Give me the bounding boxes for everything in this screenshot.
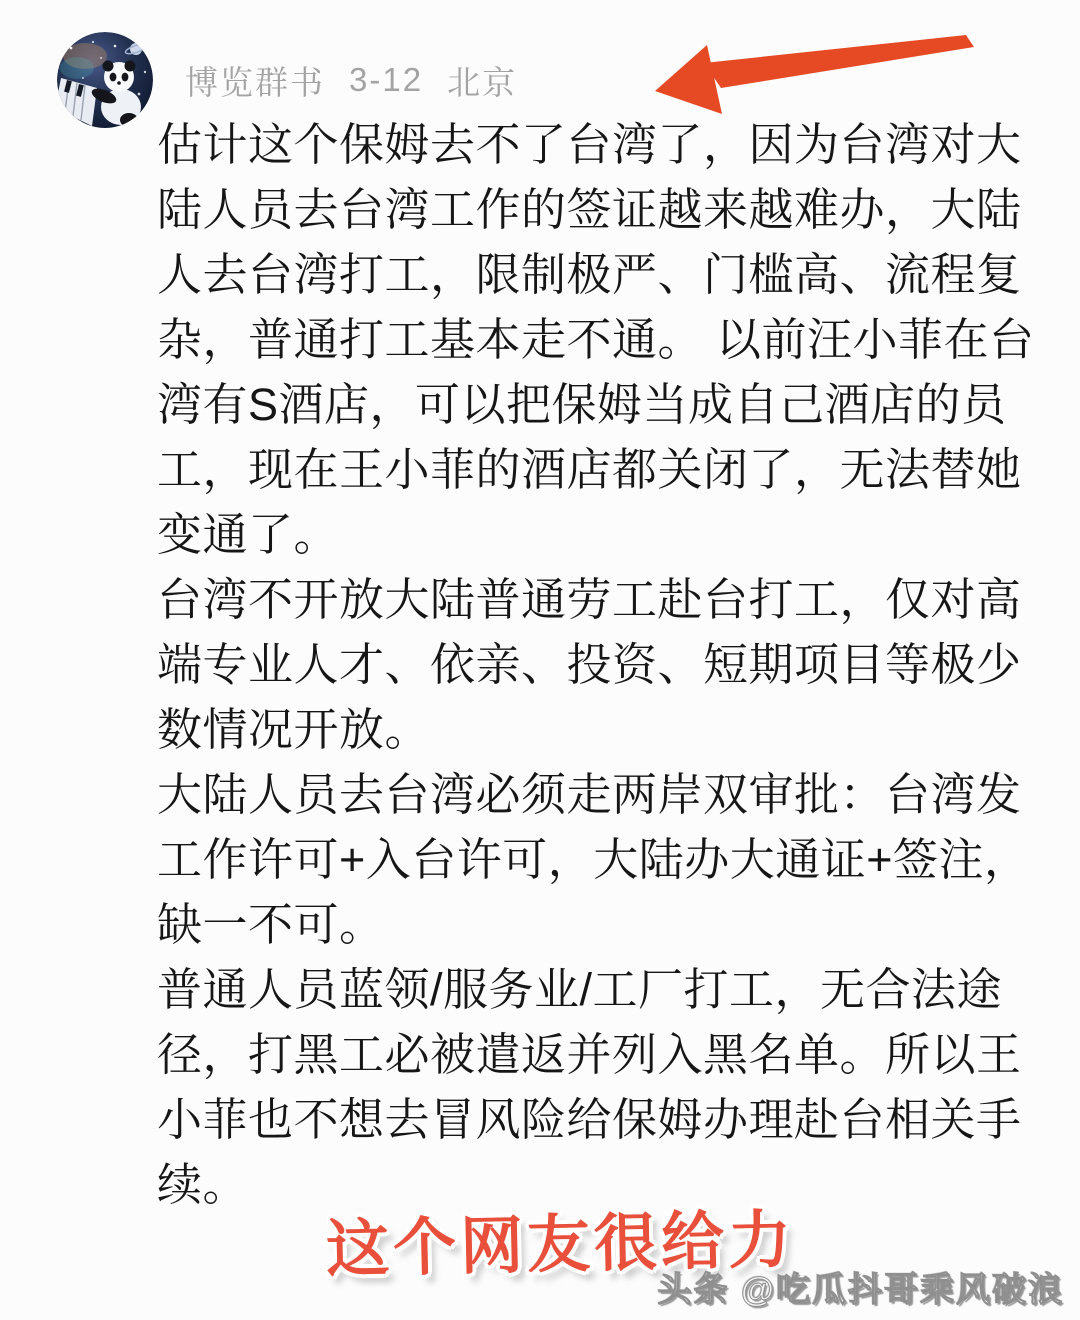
- post-text-line: 湾有S酒店，可以把保姆当成自己酒店的员: [157, 372, 1037, 437]
- post-text-line: 台湾不开放大陆普通劳工赴台打工，仅对高: [157, 567, 1037, 632]
- post-text-line: 大陆人员去台湾必须走两岸双审批：台湾发: [157, 762, 1037, 827]
- red-arrow-icon: [648, 18, 988, 118]
- post-text-line: 径，打黑工必被遣返并列入黑名单。所以王: [157, 1022, 1037, 1087]
- post-text-line: 小菲也不想去冒风险给保姆办理赴台相关手: [157, 1087, 1037, 1152]
- post-content: 估计这个保姆去不了台湾了，因为台湾对大陆人员去台湾工作的签证越来越难办，大陆人去…: [157, 112, 1037, 1217]
- post-paragraph: 台湾不开放大陆普通劳工赴台打工，仅对高端专业人才、依亲、投资、短期项目等极少数情…: [157, 567, 1037, 762]
- post-text-line: 普通人员蓝领/服务业/工厂打工，无合法途: [157, 957, 1037, 1022]
- post-text-line: 工作许可+入台许可，大陆办大通证+签注，: [157, 827, 1037, 892]
- post-text-line: 数情况开放。: [157, 697, 1037, 762]
- post-paragraph: 估计这个保姆去不了台湾了，因为台湾对大陆人员去台湾工作的签证越来越难办，大陆人去…: [157, 112, 1037, 567]
- post-date: 3-12: [349, 61, 423, 99]
- post-text-line: 人去台湾打工，限制极严、门槛高、流程复: [157, 242, 1037, 307]
- post-text-line: 估计这个保姆去不了台湾了，因为台湾对大: [157, 112, 1037, 177]
- username[interactable]: 博览群书: [185, 57, 325, 104]
- post-text-line: 变通了。: [157, 502, 1037, 567]
- post-text-line: 端专业人才、依亲、投资、短期项目等极少: [157, 632, 1037, 697]
- comment-screenshot: 博览群书 3-12 北京 估计这个保姆去不了台湾了，因为台湾对大陆人员去台湾工作…: [0, 0, 1080, 1320]
- post-meta: 博览群书 3-12 北京: [185, 57, 517, 104]
- panda-piano-galaxy-icon: [57, 32, 153, 128]
- post-paragraph: 大陆人员去台湾必须走两岸双审批：台湾发工作许可+入台许可，大陆办大通证+签注，缺…: [157, 762, 1037, 957]
- post-paragraph: 普通人员蓝领/服务业/工厂打工，无合法途径，打黑工必被遣返并列入黑名单。所以王小…: [157, 957, 1037, 1217]
- avatar[interactable]: [57, 32, 153, 128]
- post-text-line: 缺一不可。: [157, 892, 1037, 957]
- post-text-line: 陆人员去台湾工作的签证越来越难办，大陆: [157, 177, 1037, 242]
- post-text-line: 杂，普通打工基本走不通。 以前汪小菲在台: [157, 307, 1037, 372]
- watermark: 头条 @吃瓜抖哥乘风破浪: [657, 1262, 1064, 1311]
- post-text-line: 工，现在王小菲的酒店都关闭了，无法替她: [157, 437, 1037, 502]
- post-location: 北京: [447, 57, 517, 104]
